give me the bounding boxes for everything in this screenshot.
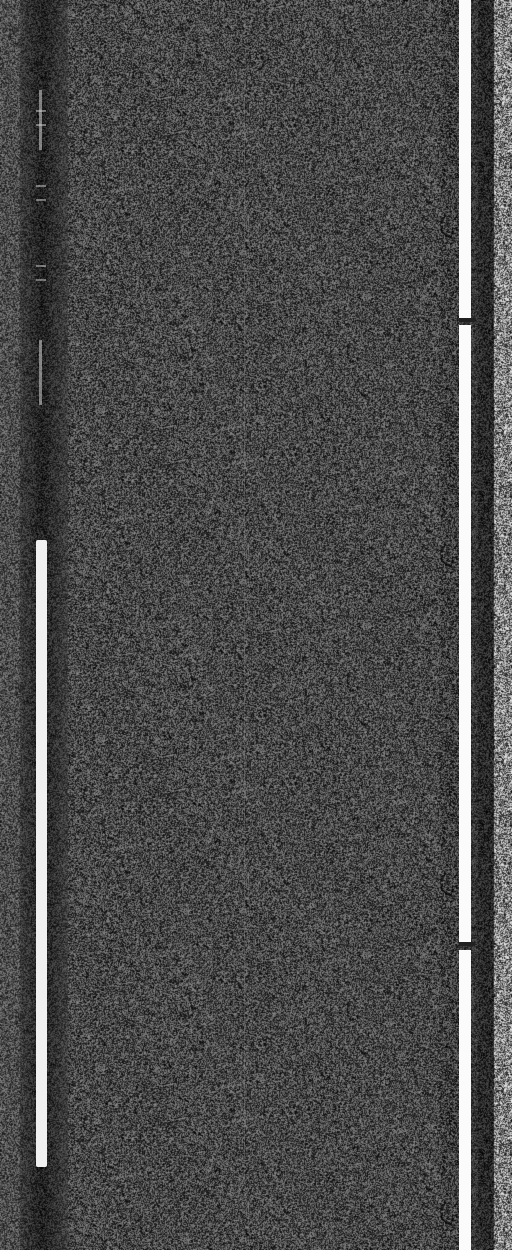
worn-chevron-marking: [36, 185, 46, 201]
edge-line-segment: [459, 950, 471, 1250]
worn-chevron-marking: [36, 265, 46, 281]
edge-line-break: [459, 318, 475, 322]
edge-line-segment: [459, 325, 471, 942]
worn-chevron-marking: [36, 110, 46, 126]
aerial-road-scene: [0, 0, 512, 1250]
edge-line-segment: [459, 0, 471, 318]
asphalt-texture: [0, 0, 512, 1250]
edge-line-break: [459, 942, 475, 946]
worn-arrow-marking: [39, 340, 42, 405]
left-lane-stripe: [36, 540, 47, 1167]
pavement-seam: [244, 80, 245, 1180]
